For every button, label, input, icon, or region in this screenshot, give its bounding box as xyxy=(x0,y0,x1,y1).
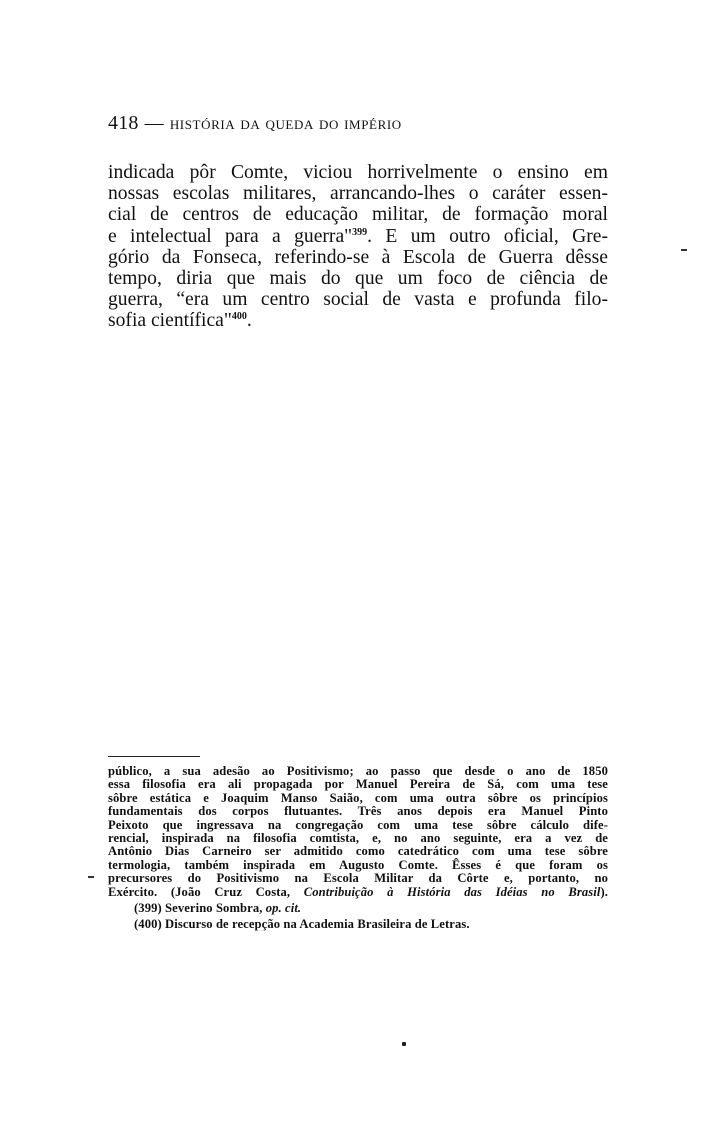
footnote-line: público, a sua adesão ao Positivismo; ao… xyxy=(108,765,608,778)
book-page: 418—HISTÓRIA DA QUEDA DO IMPÉRIO indicad… xyxy=(0,0,716,1124)
body-line: sofia científica"400. xyxy=(108,310,608,331)
citation-prefix: Exército. (João Cruz Costa, xyxy=(108,885,304,899)
footnote-ref-399: 399 xyxy=(352,227,367,238)
page-number: 418 xyxy=(108,112,139,134)
footnote-line: Peixoto que ingressava na congregação co… xyxy=(108,819,608,832)
footnote-400: (400) Discurso de recepção na Academia B… xyxy=(108,918,608,931)
body-line: nossas escolas militares, arrancando-lhe… xyxy=(108,183,608,204)
page-dot-mark xyxy=(402,1042,406,1046)
footnote-line: termologia, também inspirada em Augusto … xyxy=(108,859,608,872)
footnote-line: rencial, inspirada na filosofia comtista… xyxy=(108,832,608,845)
body-line: cial de centros de educação militar, de … xyxy=(108,204,608,225)
body-line: indicada pôr Comte, viciou horrivelmente… xyxy=(108,162,608,183)
margin-mark xyxy=(88,876,94,878)
footnote-line: Antônio Dias Carneiro ser admitido como … xyxy=(108,845,608,858)
body-line: e intelectual para a guerra"399. E um ou… xyxy=(108,226,608,247)
body-line-text: e intelectual para a guerra" xyxy=(108,226,352,247)
citation-title: Contribuição à História das Idéias no Br… xyxy=(304,885,601,899)
footnote-ref-400: 400 xyxy=(232,311,247,322)
footnote-italic: op. cit. xyxy=(266,901,301,915)
footnote-citation-line: Exército. (João Cruz Costa, Contribuição… xyxy=(108,886,608,899)
body-line-text: sofia científica" xyxy=(108,310,232,331)
main-paragraph: indicada pôr Comte, viciou horrivelmente… xyxy=(108,162,608,332)
footnote-line: essa filosofia era ali propagada por Man… xyxy=(108,778,608,791)
footnotes: público, a sua adesão ao Positivismo; ao… xyxy=(108,765,608,932)
running-title: HISTÓRIA DA QUEDA DO IMPÉRIO xyxy=(170,113,402,133)
body-line: guerra, “era um centro social de vasta e… xyxy=(108,289,608,310)
footnote-line: precursores do Positivismo na Escola Mil… xyxy=(108,872,608,885)
footnote-text: Discurso de recepção na Academia Brasile… xyxy=(162,917,470,931)
footnote-line: sôbre estática e Joaquim Manso Saião, co… xyxy=(108,792,608,805)
footnote-399: (399) Severino Sombra, op. cit. xyxy=(108,902,608,915)
header-separator: — xyxy=(145,113,164,134)
body-line: tempo, diria que mais do que um foco de … xyxy=(108,268,608,289)
body-line-text: . E um outro oficial, Gre- xyxy=(367,226,608,247)
footnote-line: fundamentais dos corpos flutuantes. Três… xyxy=(108,805,608,818)
citation-suffix: ). xyxy=(600,885,608,899)
footnote-number: (399) xyxy=(134,901,162,915)
footnote-text: Severino Sombra, xyxy=(162,901,266,915)
footnote-number: (400) xyxy=(134,917,162,931)
running-header: 418—HISTÓRIA DA QUEDA DO IMPÉRIO xyxy=(108,112,402,135)
margin-mark xyxy=(681,249,687,251)
body-line-text: . xyxy=(247,310,252,331)
footnote-divider xyxy=(108,756,200,757)
body-line: gório da Fonseca, referindo-se à Escola … xyxy=(108,247,608,268)
